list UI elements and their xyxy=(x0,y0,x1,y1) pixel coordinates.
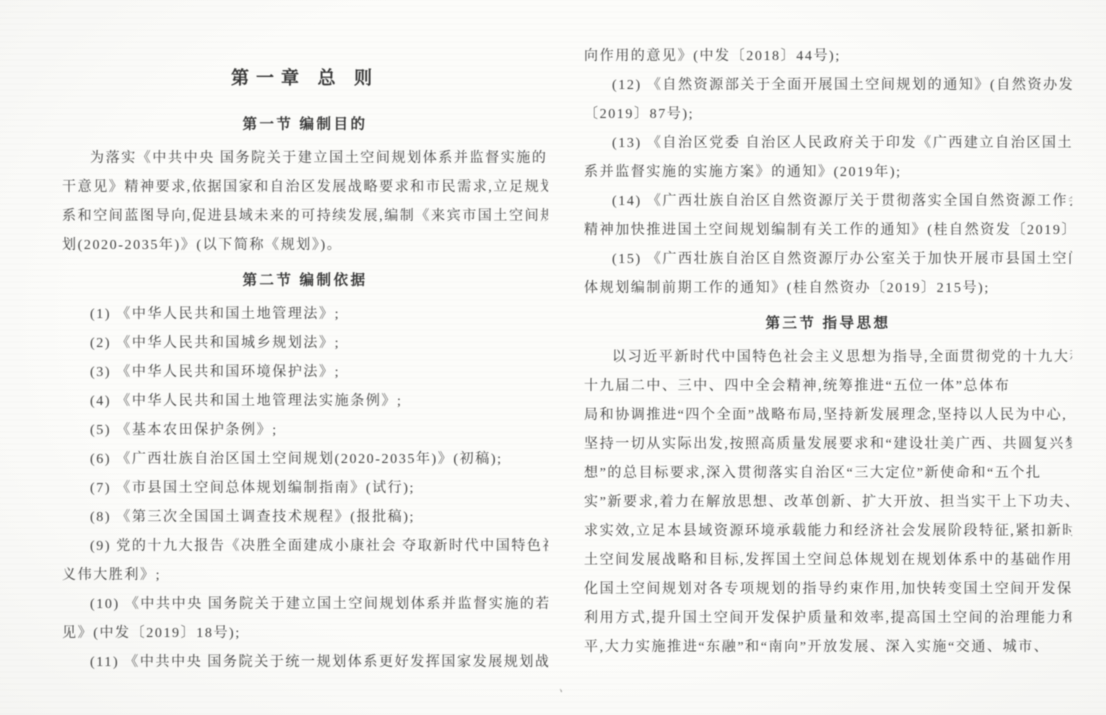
text-line: 干意见》精神要求,依据国家和自治区发展战略要求和市民需求,立足规划体 xyxy=(62,173,548,202)
text-line: 化国土空间规划对各专项规划的指导约束作用,加快转变国土空间开发保护 xyxy=(584,575,1072,604)
text-line: 局和协调推进“四个全面”战略布局,坚持新发展理念,坚持以人民为中心, xyxy=(584,401,1072,430)
list-item-2: (2) 《中华人民共和国城乡规划法》; xyxy=(62,329,548,358)
text-line: 以习近平新时代中国特色社会主义思想为指导,全面贯彻党的十九大和 xyxy=(584,343,1072,372)
section-1-title: 第一节 编制目的 xyxy=(62,104,548,144)
text-line: 见》(中发〔2019〕18号); xyxy=(62,619,548,648)
right-text-column: 向作用的意见》(中发〔2018〕44号);(12) 《自然资源部关于全面开展国土… xyxy=(584,42,1072,662)
text-line: 系并监督实施的实施方案》的通知》(2019年); xyxy=(584,158,1072,187)
page-number-mark: 、 xyxy=(558,679,573,698)
list-item-8: (8) 《第三次全国国土调查技术规程》(报批稿); xyxy=(62,503,548,532)
list-item-7: (7) 《市县国土空间总体规划编制指南》(试行); xyxy=(62,474,548,503)
text-line: 实”新要求,着力在解放思想、改革创新、扩大开放、担当实干上下功夫、 xyxy=(584,488,1072,517)
list-item-15: (15) 《广西壮族自治区自然资源厅办公室关于加快开展市县国土空间总 xyxy=(584,245,1072,274)
list-item-12: (12) 《自然资源部关于全面开展国土空间规划的通知》(自然资办发 xyxy=(584,71,1072,100)
text-line: 平,大力实施推进“东融”和“南向”开放发展、深入实施“交通、城市、 xyxy=(584,633,1072,662)
text-line: 划(2020-2035年)》(以下简称《规划》)。 xyxy=(62,231,548,260)
text-line: 〔2019〕87号); xyxy=(584,100,1072,129)
list-item-5: (5) 《基本农田保护条例》; xyxy=(62,416,548,445)
section-3-title: 第三节 指导思想 xyxy=(584,303,1072,343)
list-item-10: (10) 《中共中央 国务院关于建立国土空间规划体系并监督实施的若干意 xyxy=(62,590,548,619)
list-item-11: (11) 《中共中央 国务院关于统一规划体系更好发挥国家发展规划战略导 xyxy=(62,648,548,677)
chapter-title: 第一章 总 则 xyxy=(62,56,548,104)
left-text-column: 第一章 总 则第一节 编制目的为落实《中共中央 国务院关于建立国土空间规划体系并… xyxy=(62,56,548,677)
text-line: 坚持一切从实际出发,按照高质量发展要求和“建设壮美广西、共圆复兴梦 xyxy=(584,430,1072,459)
section-2-title: 第二节 编制依据 xyxy=(62,260,548,300)
text-line: 求实效,立足本县域资源环境承载能力和经济社会发展阶段特征,紧扣新时代国 xyxy=(584,517,1072,546)
text-line: 向作用的意见》(中发〔2018〕44号); xyxy=(584,42,1072,71)
document-page: 第一章 总 则第一节 编制目的为落实《中共中央 国务院关于建立国土空间规划体系并… xyxy=(0,0,1106,715)
text-line: 义伟大胜利》; xyxy=(62,561,548,590)
text-line: 精神加快推进国土空间规划编制有关工作的通知》(桂自然资发〔2019〕8号); xyxy=(584,216,1072,245)
text-line: 体规划编制前期工作的通知》(桂自然资办〔2019〕215号); xyxy=(584,274,1072,303)
text-line: 为落实《中共中央 国务院关于建立国土空间规划体系并监督实施的若 xyxy=(62,144,548,173)
list-item-6: (6) 《广西壮族自治区国土空间规划(2020-2035年)》(初稿); xyxy=(62,445,548,474)
list-item-9: (9) 党的十九大报告《决胜全面建成小康社会 夺取新时代中国特色社会主 xyxy=(62,532,548,561)
text-line: 土空间发展战略和目标,发挥国土空间总体规划在规划体系中的基础作用,强 xyxy=(584,546,1072,575)
list-item-4: (4) 《中华人民共和国土地管理法实施条例》; xyxy=(62,387,548,416)
list-item-13: (13) 《自治区党委 自治区人民政府关于印发《广西建立自治区国土空间规划体 xyxy=(584,129,1072,158)
text-line: 想”的总目标要求,深入贯彻落实自治区“三大定位”新使命和“五个扎 xyxy=(584,459,1072,488)
text-line: 十九届二中、三中、四中全会精神,统筹推进“五位一体”总体布 xyxy=(584,372,1072,401)
text-line: 利用方式,提升国土空间开发保护质量和效率,提高国土空间的治理能力和水 xyxy=(584,604,1072,633)
text-line: 系和空间蓝图导向,促进县域未来的可持续发展,编制《来宾市国土空间规 xyxy=(62,202,548,231)
list-item-1: (1) 《中华人民共和国土地管理法》; xyxy=(62,300,548,329)
list-item-14: (14) 《广西壮族自治区自然资源厅关于贯彻落实全国自然资源工作会议 xyxy=(584,187,1072,216)
list-item-3: (3) 《中华人民共和国环境保护法》; xyxy=(62,358,548,387)
